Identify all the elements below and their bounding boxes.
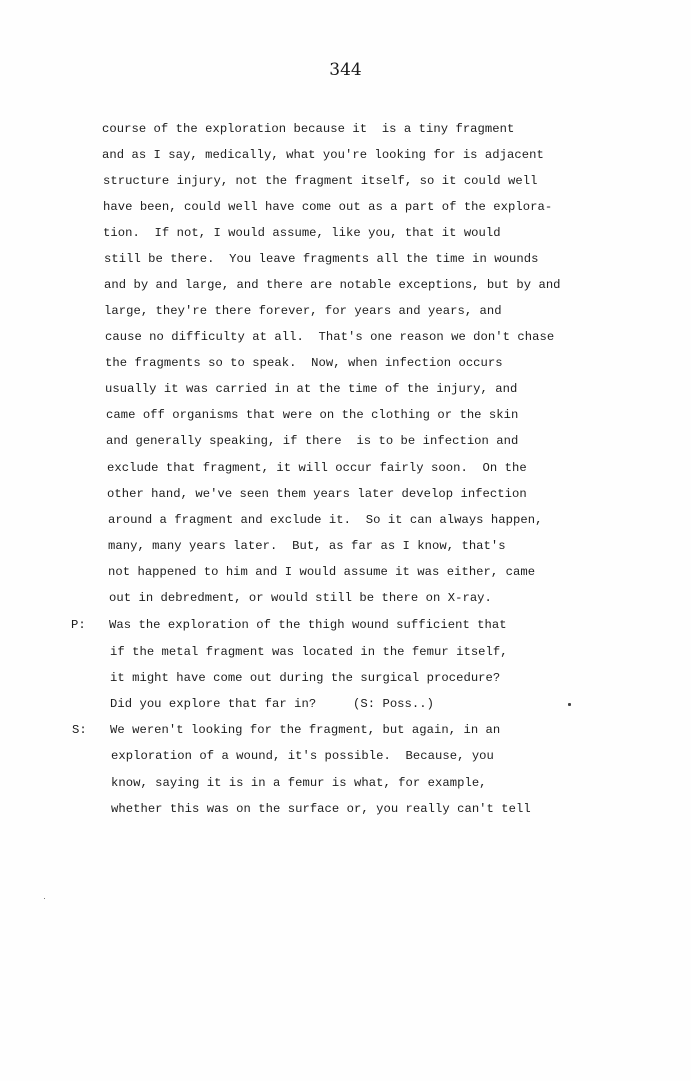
text-line: structure injury, not the fragment itsel…: [103, 174, 537, 188]
text-line: tion. If not, I would assume, like you, …: [103, 226, 501, 240]
text-line: course of the exploration because it is …: [102, 122, 514, 136]
speaker-label-p: P:: [71, 618, 86, 632]
answer-line: We weren't looking for the fragment, but…: [110, 723, 500, 737]
text-line: many, many years later. But, as far as I…: [108, 539, 506, 553]
text-line: other hand, we've seen them years later …: [107, 487, 527, 501]
text-line: out in debredment, or would still be the…: [109, 591, 492, 605]
text-line: not happened to him and I would assume i…: [108, 565, 535, 579]
text-line: came off organisms that were on the clot…: [106, 408, 518, 422]
question-line: Did you explore that far in? (S: Poss..): [110, 697, 434, 711]
text-line: usually it was carried in at the time of…: [105, 382, 517, 396]
text-line: still be there. You leave fragments all …: [104, 252, 538, 266]
speaker-label-s: S:: [72, 723, 87, 737]
text-line: and generally speaking, if there is to b…: [106, 434, 518, 448]
text-line: around a fragment and exclude it. So it …: [108, 513, 542, 527]
scan-speck: [44, 898, 45, 899]
text-line: the fragments so to speak. Now, when inf…: [105, 356, 503, 370]
question-line: if the metal fragment was located in the…: [110, 645, 508, 659]
text-line: and by and large, and there are notable …: [104, 278, 561, 292]
question-line: it might have come out during the surgic…: [110, 671, 500, 685]
text-line: large, they're there forever, for years …: [104, 304, 502, 318]
question-line: Was the exploration of the thigh wound s…: [109, 618, 507, 632]
answer-line: whether this was on the surface or, you …: [111, 802, 531, 816]
document-page: 344 course of the exploration because it…: [0, 0, 691, 1081]
answer-line: exploration of a wound, it's possible. B…: [111, 749, 494, 763]
answer-line: know, saying it is in a femur is what, f…: [111, 776, 487, 790]
text-line: and as I say, medically, what you're loo…: [102, 148, 544, 162]
page-number: 344: [0, 60, 691, 80]
text-line: cause no difficulty at all. That's one r…: [105, 330, 554, 344]
text-line: have been, could well have come out as a…: [103, 200, 552, 214]
text-line: exclude that fragment, it will occur fai…: [107, 461, 527, 475]
scan-speck: [568, 703, 571, 706]
